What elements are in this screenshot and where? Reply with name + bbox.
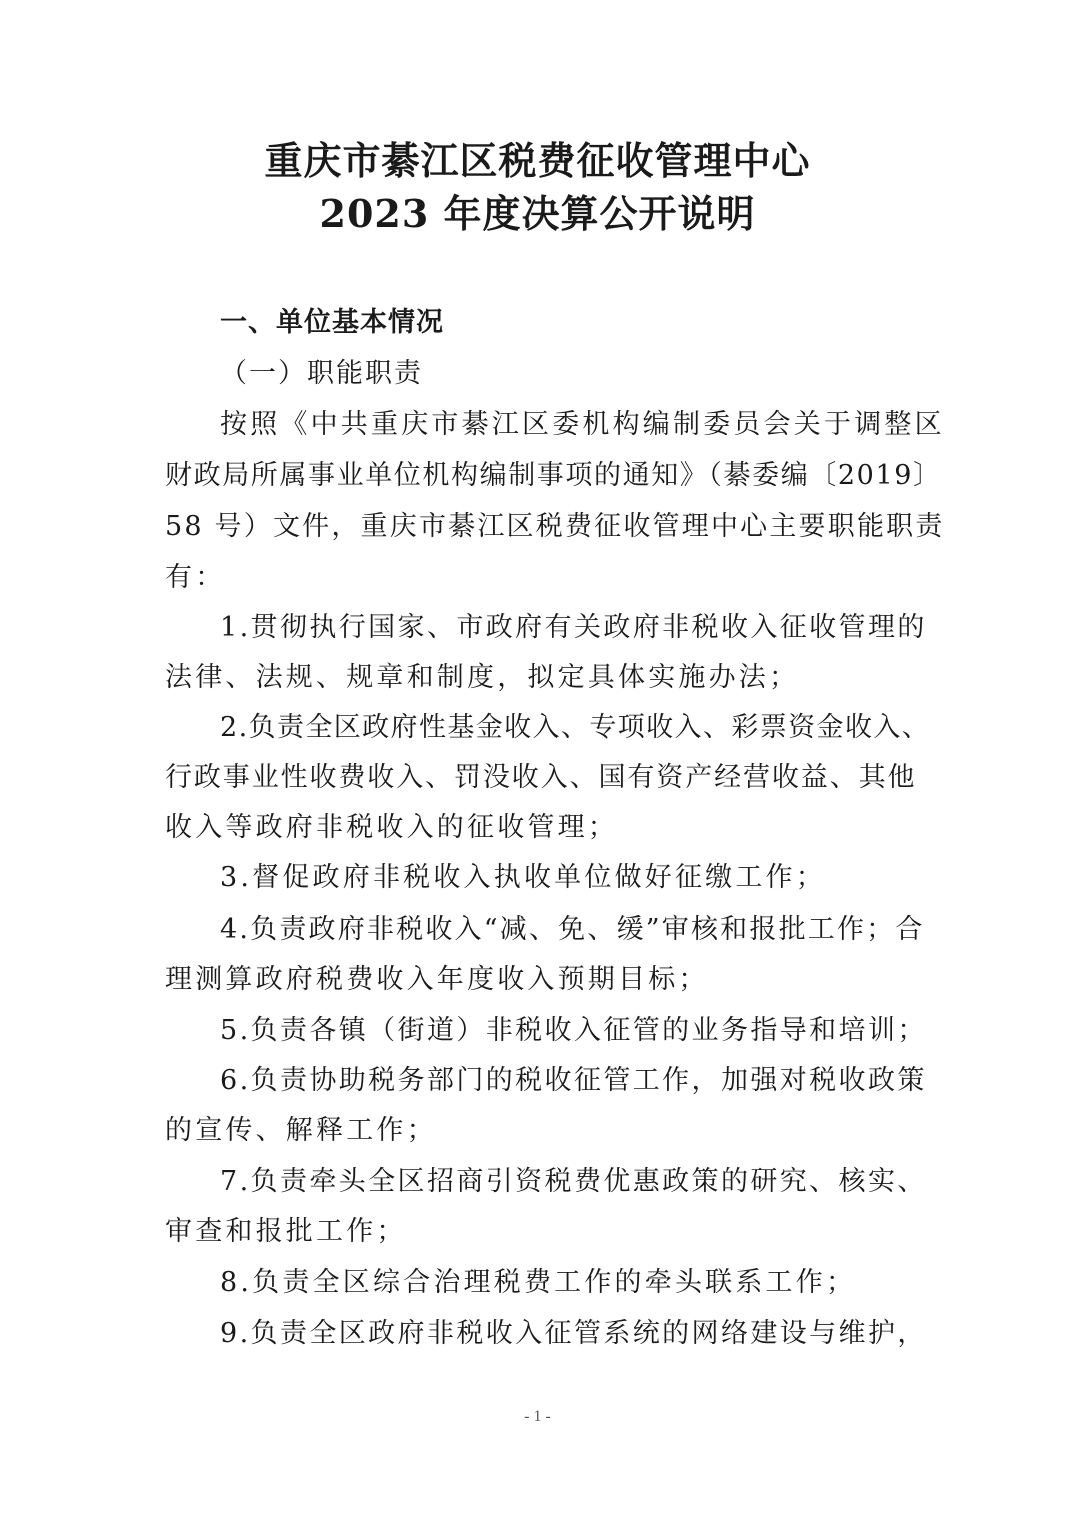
list-item-9: 9.负责全区政府非税收入征管系统的网络建设与维护，: [220, 1316, 970, 1352]
list-item-7-cont: 审查和报批工作；: [165, 1214, 915, 1250]
list-item-2-cont: 收入等政府非税收入的征收管理；: [165, 810, 915, 846]
paragraph-line: 财政局所属事业单位机构编制事项的通知》（綦委编〔2019〕: [165, 458, 915, 494]
paragraph-line: 按照《中共重庆市綦江区委机构编制委员会关于调整区: [220, 407, 970, 443]
list-item-8: 8.负责全区综合治理税费工作的牵头联系工作；: [220, 1265, 970, 1301]
page-number: - 1 -: [0, 1408, 1075, 1426]
list-item-1: 1.贯彻执行国家、市政府有关政府非税收入征收管理的: [220, 610, 970, 646]
list-item-7: 7.负责牵头全区招商引资税费优惠政策的研究、核实、: [220, 1164, 970, 1200]
section-heading: 一、单位基本情况: [220, 305, 970, 341]
list-item-4: 4.负责政府非税收入“减、免、缓”审核和报批工作；合: [220, 912, 970, 948]
list-item-6: 6.负责协助税务部门的税收征管工作，加强对税收政策: [220, 1063, 970, 1099]
list-item-1-cont: 法律、法规、规章和制度，拟定具体实施办法；: [165, 660, 915, 696]
list-item-6-cont: 的宣传、解释工作；: [165, 1113, 915, 1149]
paragraph-line: 有：: [165, 560, 915, 596]
document-title-line2: 2023 年度决算公开说明: [0, 190, 1075, 238]
list-item-2-cont: 行政事业性收费收入、罚没收入、国有资产经营收益、其他: [165, 760, 915, 796]
list-item-3: 3.督促政府非税收入执收单位做好征缴工作；: [220, 860, 970, 896]
document-title-line1: 重庆市綦江区税费征收管理中心: [0, 137, 1075, 185]
list-item-4-cont: 理测算政府税费收入年度收入预期目标；: [165, 962, 915, 998]
subsection-heading: （一）职能职责: [220, 356, 970, 392]
list-item-2: 2.负责全区政府性基金收入、专项收入、彩票资金收入、: [220, 710, 970, 746]
list-item-5: 5.负责各镇（街道）非税收入征管的业务指导和培训；: [220, 1013, 970, 1049]
paragraph-line: 58 号）文件，重庆市綦江区税费征收管理中心主要职能职责: [165, 509, 915, 545]
